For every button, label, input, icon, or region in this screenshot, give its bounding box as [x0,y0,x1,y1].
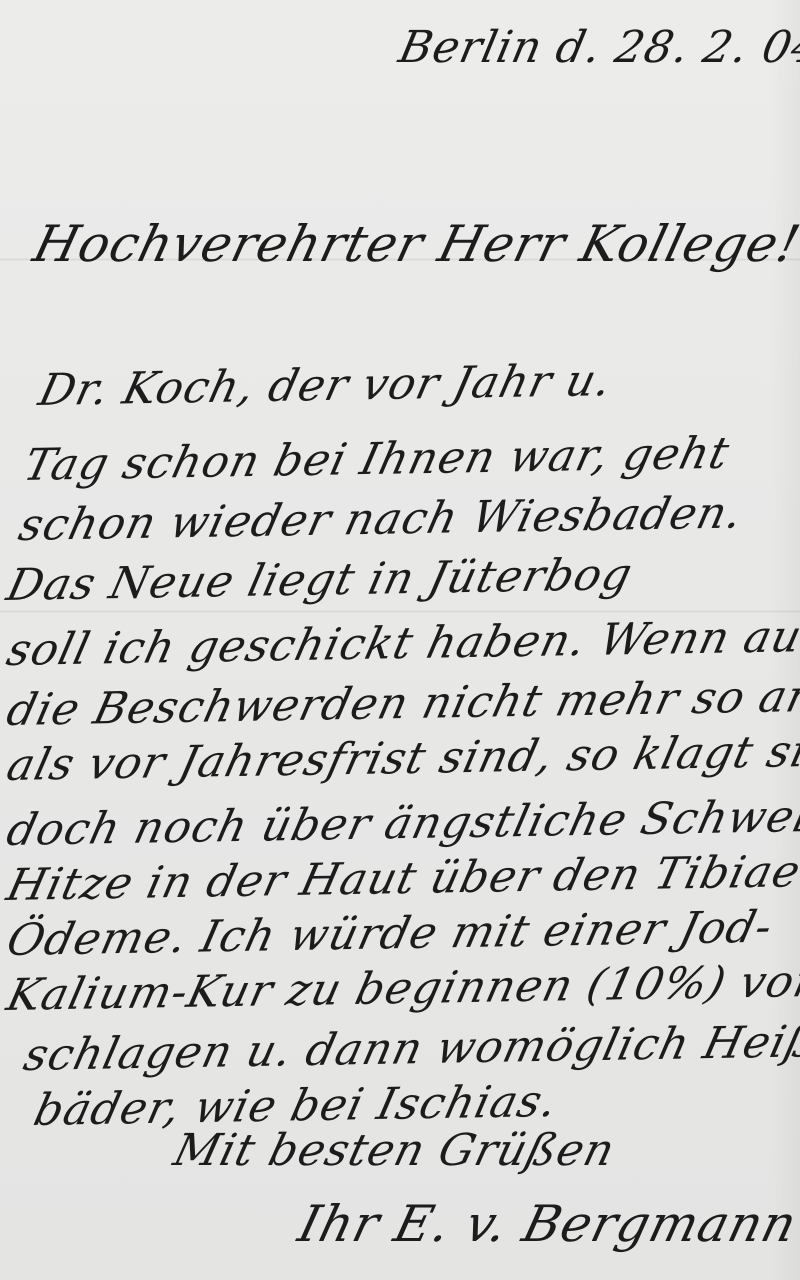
body-line: doch noch über ängstliche Schwellungen u… [2,787,800,856]
body-line: Ödeme. Ich würde mit einer Jod- [2,902,778,966]
closing: Mit besten Grüßen [169,1125,621,1176]
body-line: die Beschwerden nicht mehr so arg, [2,670,800,736]
body-line: als vor Jahresfrist sind, so klagt sie [2,726,800,791]
body-line: schlagen u. dann womöglich Heiß- [19,1016,800,1081]
body-line: Kalium-Kur zu beginnen (10%) vor- [2,956,800,1021]
body-line: Tag schon bei Ihnen war, geht [19,428,734,491]
body-line: schon wieder nach Wiesbaden. [14,487,748,551]
letter-page: Berlin d. 28. 2. 04 Hochverehrter Herr K… [0,0,800,1280]
body-line: soll ich geschickt haben. Wenn auch [2,610,800,676]
salutation: Hochverehrter Herr Kollege! [28,215,800,273]
body-line: Dr. Koch, der vor Jahr u. [34,355,617,416]
date-line: Berlin d. 28. 2. 04 [395,22,800,73]
body-line: Das Neue liegt in Jüterbog [2,549,637,611]
signature: Ihr E. v. Bergmann [293,1195,800,1253]
body-line: Hitze in der Haut über den Tibiae. [2,846,800,911]
